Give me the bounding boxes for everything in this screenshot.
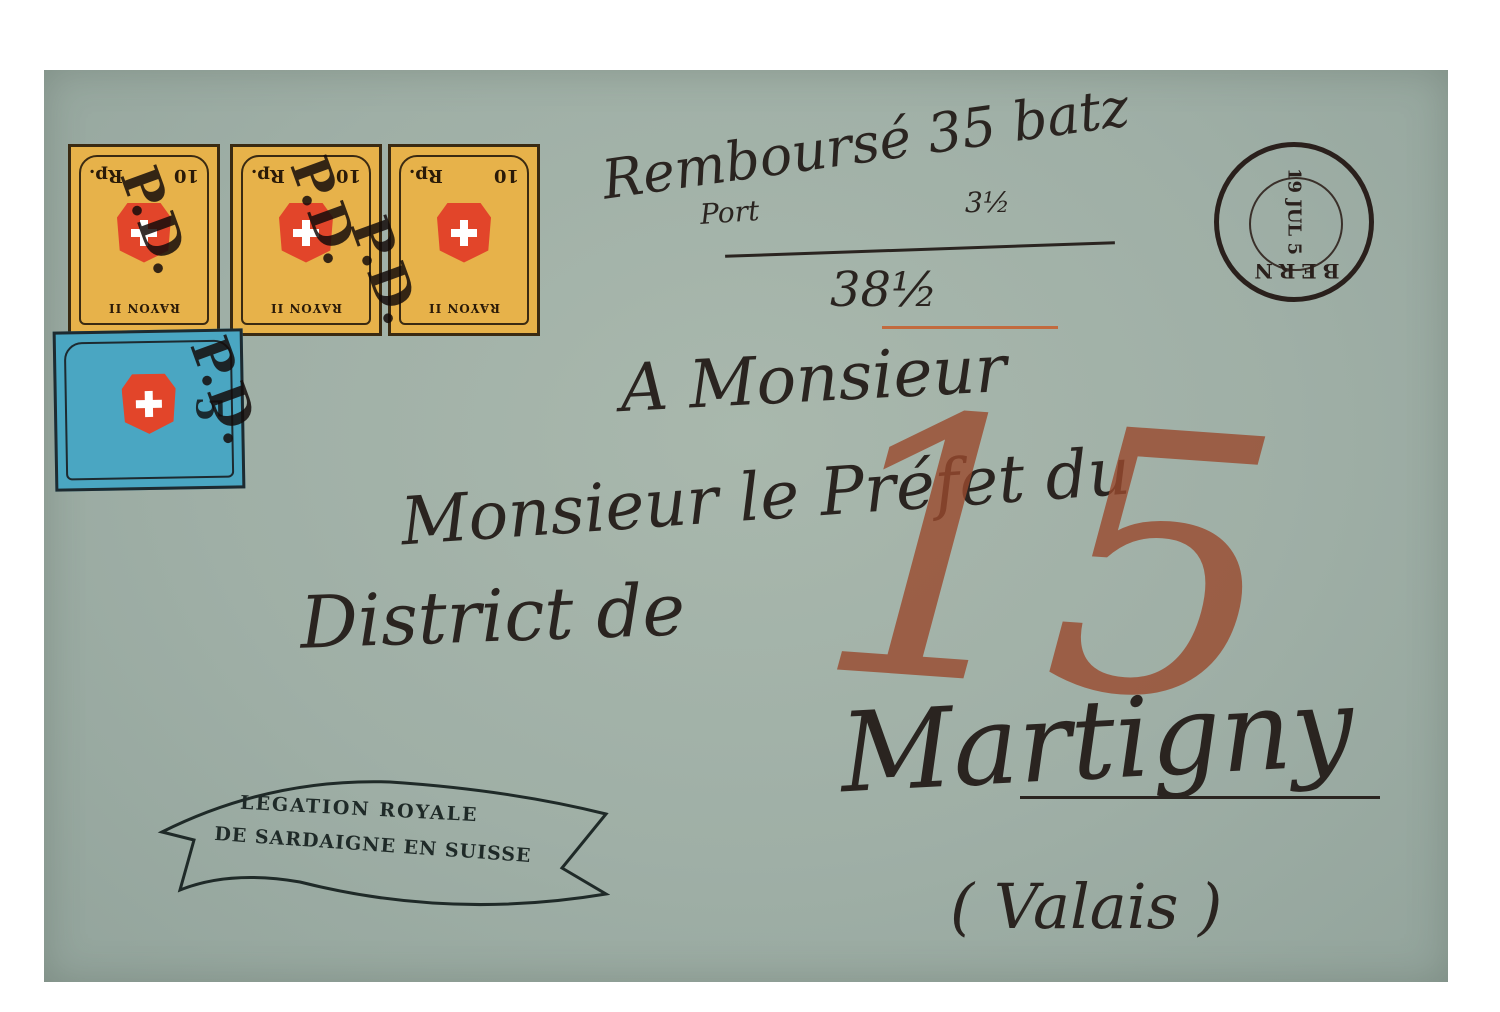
stamp-value: 10 (494, 165, 519, 186)
bern-postmark: 19 JUL 5 BERN (1214, 142, 1374, 302)
red-crayon-mark: 15 (808, 364, 1290, 755)
city-underline (1020, 796, 1380, 799)
handwriting-canton: ( Valais ) (950, 870, 1222, 943)
stamp-value: Rp. (409, 165, 443, 186)
stamp-inscription: RAYON II (233, 301, 379, 315)
stamp-inscription: RAYON II (71, 301, 217, 315)
handwriting-district: District de (299, 567, 687, 664)
stamp-value: 10 (174, 165, 199, 186)
postmark-city: BERN (1219, 259, 1369, 283)
red-underline (882, 326, 1058, 329)
handwriting-port-label: Port (699, 194, 760, 231)
swiss-cross-icon (451, 220, 477, 246)
handwriting-port-value: 3½ (965, 186, 1010, 219)
handwriting-total: 38½ (830, 262, 938, 318)
legation-cachet: LEGATION ROYALE DE SARDAIGNE EN SUISSE (150, 770, 610, 910)
swiss-cross-icon (136, 391, 162, 417)
